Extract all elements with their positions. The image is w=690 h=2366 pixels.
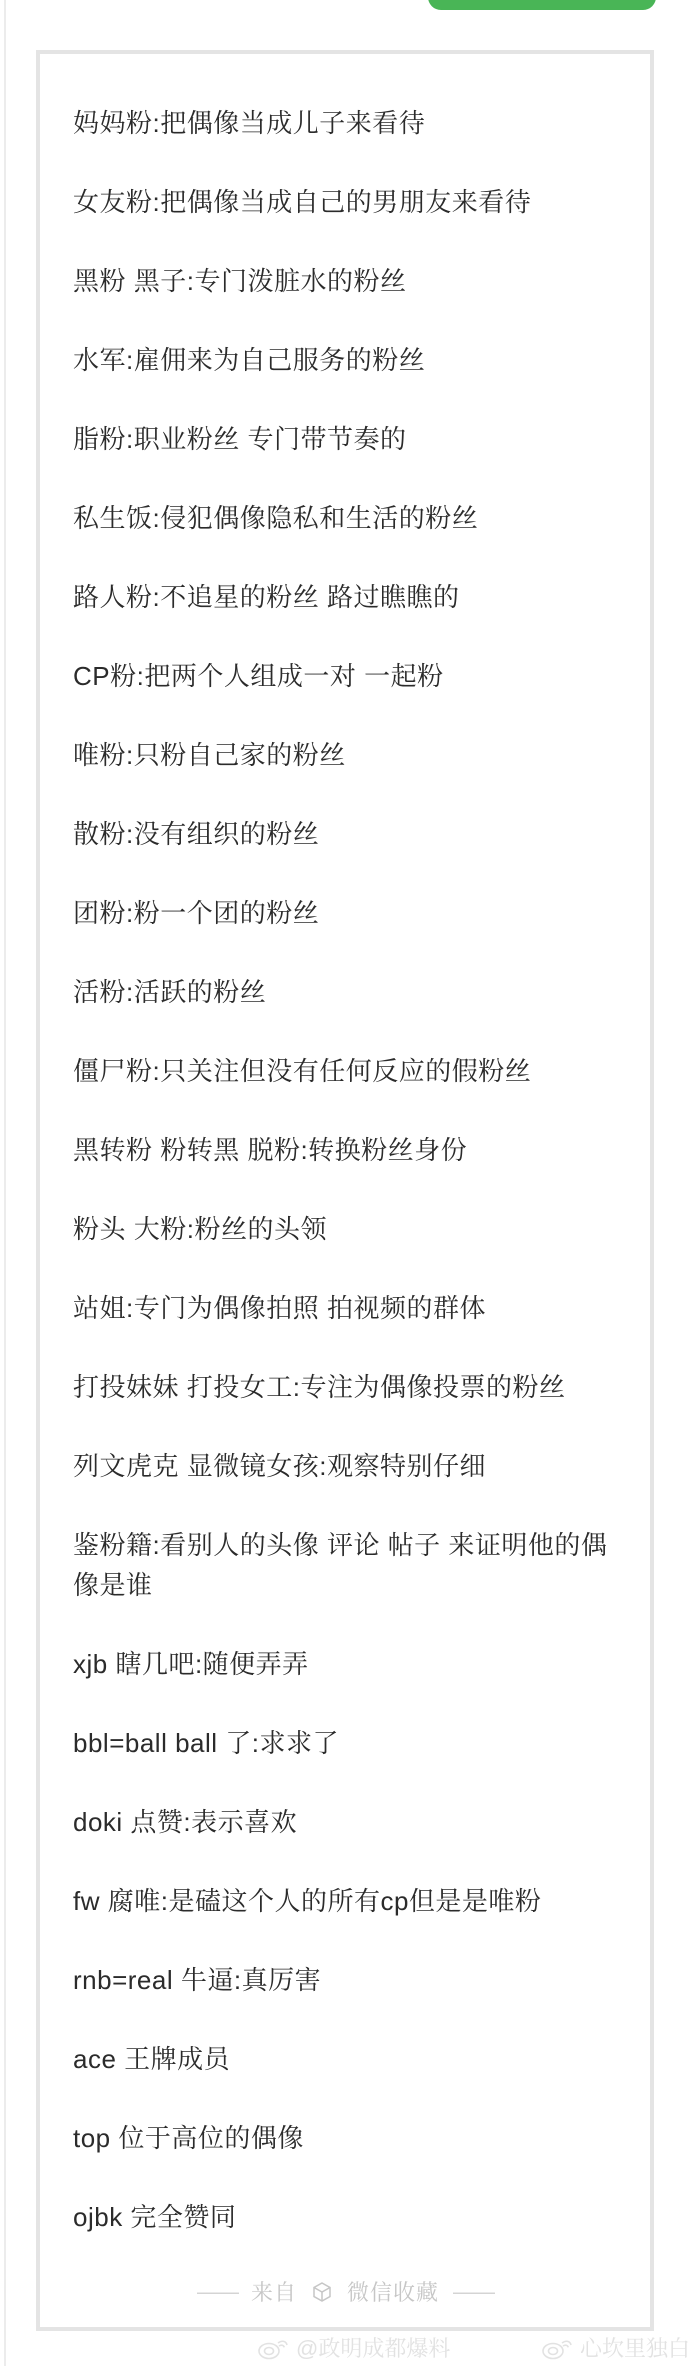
term-item: top 位于高位的偶像 [73, 2118, 620, 2158]
term-item: 活粉:活跃的粉丝 [73, 972, 620, 1012]
watermark-right: 心坎里独白 [540, 2332, 690, 2363]
term-item: 鉴粉籍:看别人的头像 评论 帖子 来证明他的偶像是谁 [73, 1525, 620, 1605]
watermark-left: @政明成都爆料 [256, 2332, 450, 2363]
weibo-logo-icon [256, 2335, 290, 2361]
term-item: xjb 瞎几吧:随便弄弄 [73, 1644, 620, 1684]
term-item: ace 王牌成员 [73, 2039, 620, 2079]
term-item: ojbk 完全赞同 [73, 2197, 620, 2237]
term-item: 团粉:粉一个团的粉丝 [73, 893, 620, 933]
term-item: fw 腐唯:是磕这个人的所有cp但是是唯粉 [73, 1881, 620, 1921]
footer-dash-left: —— [197, 2279, 237, 2305]
glossary-card: 妈妈粉:把偶像当成儿子来看待 女友粉:把偶像当成自己的男朋友来看待 黑粉 黑子:… [36, 50, 654, 2331]
term-item: bbl=ball ball 了:求求了 [73, 1723, 620, 1763]
weibo-logo-icon [540, 2335, 574, 2361]
term-item: 散粉:没有组织的粉丝 [73, 814, 620, 854]
term-item: 打投妹妹 打投女工:专注为偶像投票的粉丝 [73, 1367, 620, 1407]
term-item: 妈妈粉:把偶像当成儿子来看待 [73, 103, 620, 143]
term-item: 路人粉:不追星的粉丝 路过瞧瞧的 [73, 577, 620, 617]
watermark-right-text: 心坎里独白 [580, 2332, 690, 2363]
footer-from-label: 来自 [251, 2276, 297, 2307]
term-item: 女友粉:把偶像当成自己的男朋友来看待 [73, 182, 620, 222]
left-edge-divider [4, 0, 6, 2366]
term-item: 站姐:专门为偶像拍照 拍视频的群体 [73, 1288, 620, 1328]
term-item: doki 点赞:表示喜欢 [73, 1802, 620, 1842]
term-item: 粉头 大粉:粉丝的头领 [73, 1209, 620, 1249]
term-item: rnb=real 牛逼:真厉害 [73, 1960, 620, 2000]
term-item: CP粉:把两个人组成一对 一起粉 [73, 656, 620, 696]
wechat-favorites-cube-icon [311, 2281, 333, 2303]
term-item: 水军:雇佣来为自己服务的粉丝 [73, 340, 620, 380]
term-list: 妈妈粉:把偶像当成儿子来看待 女友粉:把偶像当成自己的男朋友来看待 黑粉 黑子:… [40, 54, 650, 2237]
term-item: 黑粉 黑子:专门泼脏水的粉丝 [73, 261, 620, 301]
source-footer: —— 来自 微信收藏 —— [40, 2276, 650, 2307]
footer-source-label: 微信收藏 [347, 2276, 439, 2307]
term-item: 列文虎克 显微镜女孩:观察特别仔细 [73, 1446, 620, 1486]
term-item: 脂粉:职业粉丝 专门带节奏的 [73, 419, 620, 459]
term-item: 僵尸粉:只关注但没有任何反应的假粉丝 [73, 1051, 620, 1091]
term-item: 唯粉:只粉自己家的粉丝 [73, 735, 620, 775]
watermark-left-text: @政明成都爆料 [296, 2332, 450, 2363]
top-green-button[interactable] [428, 0, 656, 10]
footer-dash-right: —— [453, 2279, 493, 2305]
term-item: 私生饭:侵犯偶像隐私和生活的粉丝 [73, 498, 620, 538]
screenshot-root: 妈妈粉:把偶像当成儿子来看待 女友粉:把偶像当成自己的男朋友来看待 黑粉 黑子:… [0, 0, 690, 2366]
term-item: 黑转粉 粉转黑 脱粉:转换粉丝身份 [73, 1130, 620, 1170]
